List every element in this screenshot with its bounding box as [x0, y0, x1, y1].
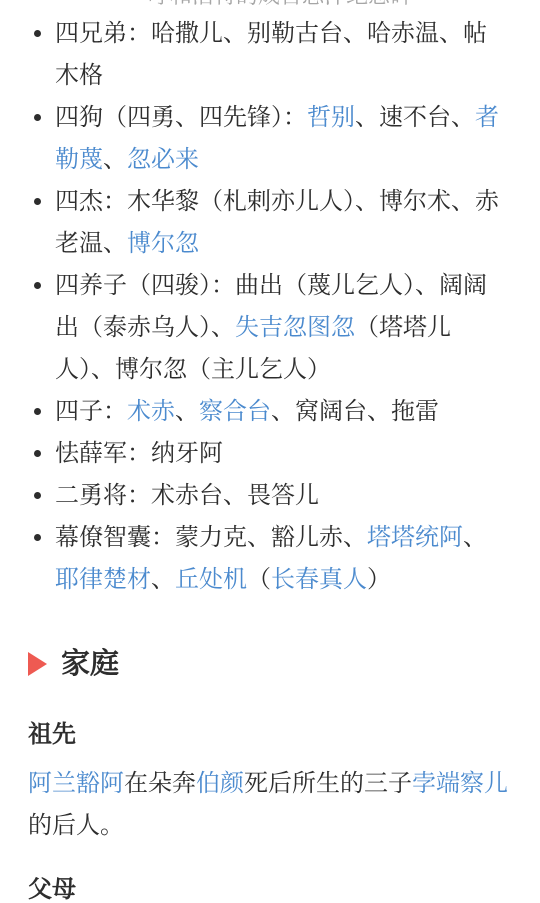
text-segment: 四杰：木华黎（札剌亦儿人）、博尔术、赤老温、 — [55, 188, 499, 257]
text-segment: 的后人。 — [28, 812, 124, 839]
text-segment: 在朵奔 — [124, 770, 196, 797]
entity-link[interactable]: 丘处机 — [175, 566, 247, 593]
entity-link[interactable]: 伯颜 — [196, 770, 244, 797]
subheading-ancestors: 祖先 — [28, 720, 540, 750]
entity-link[interactable]: 长春真人 — [271, 566, 367, 593]
list-item: 二勇将：术赤台、畏答儿 — [55, 475, 508, 517]
image-caption: 呼和浩特的成吉思汗纪念碑 — [20, 0, 540, 8]
entity-link[interactable]: 孛端察儿 — [412, 770, 508, 797]
list-item: 幕僚智囊：蒙力克、豁儿赤、塔塔统阿、耶律楚材、丘处机（长春真人） — [55, 517, 508, 601]
text-segment: 、 — [151, 566, 175, 593]
section-collapse-triangle-icon — [28, 652, 47, 676]
list-item: 四杰：木华黎（札剌亦儿人）、博尔术、赤老温、博尔忽 — [55, 181, 508, 265]
text-segment: 幕僚智囊：蒙力克、豁儿赤、 — [55, 524, 367, 551]
text-segment: ） — [367, 566, 391, 593]
list-item: 四子：术赤、察合台、窝阔台、拖雷 — [55, 391, 508, 433]
entity-link[interactable]: 术赤 — [127, 398, 175, 425]
entity-link[interactable]: 忽必来 — [127, 146, 199, 173]
entity-link[interactable]: 阿兰豁阿 — [28, 770, 124, 797]
section-header-family[interactable]: 家庭 — [28, 646, 540, 682]
text-segment: 怯薛军：纳牙阿 — [55, 440, 223, 467]
list-item: 怯薛军：纳牙阿 — [55, 433, 508, 475]
section-title: 家庭 — [61, 646, 119, 682]
text-segment: 、速不台、 — [355, 104, 475, 131]
entity-link[interactable]: 博尔忽 — [127, 230, 199, 257]
text-segment: 、 — [103, 146, 127, 173]
notable-people-list: 四兄弟：哈撒儿、别勒古台、哈赤温、帖木格 四狗（四勇、四先锋）：哲别、速不台、者… — [28, 13, 508, 601]
text-segment: 二勇将：术赤台、畏答儿 — [55, 482, 319, 509]
text-segment: 四兄弟：哈撒儿、别勒古台、哈赤温、帖木格 — [55, 20, 487, 89]
article-body: 四兄弟：哈撒儿、别勒古台、哈赤温、帖木格 四狗（四勇、四先锋）：哲别、速不台、者… — [0, 13, 540, 903]
entity-link[interactable]: 失吉忽图忽 — [235, 314, 355, 341]
text-segment: （ — [247, 566, 271, 593]
list-item: 四兄弟：哈撒儿、别勒古台、哈赤温、帖木格 — [55, 13, 508, 97]
text-segment: 、窝阔台、拖雷 — [271, 398, 439, 425]
entity-link[interactable]: 塔塔统阿 — [367, 524, 463, 551]
text-segment: 死后所生的三子 — [244, 770, 412, 797]
text-segment: 、 — [175, 398, 199, 425]
entity-link[interactable]: 耶律楚材 — [55, 566, 151, 593]
ancestors-paragraph: 阿兰豁阿在朵奔伯颜死后所生的三子孛端察儿的后人。 — [28, 763, 510, 847]
text-segment: 四狗（四勇、四先锋）： — [55, 104, 307, 131]
list-item: 四养子（四骏）：曲出（蔑儿乞人）、阔阔出（泰赤乌人）、失吉忽图忽（塔塔儿人）、博… — [55, 265, 508, 391]
entity-link[interactable]: 哲别 — [307, 104, 355, 131]
entity-link[interactable]: 察合台 — [199, 398, 271, 425]
text-segment: 四子： — [55, 398, 127, 425]
subheading-parents: 父母 — [28, 875, 540, 903]
text-segment: 、 — [463, 524, 487, 551]
list-item: 四狗（四勇、四先锋）：哲别、速不台、者勒蔑、忽必来 — [55, 97, 508, 181]
